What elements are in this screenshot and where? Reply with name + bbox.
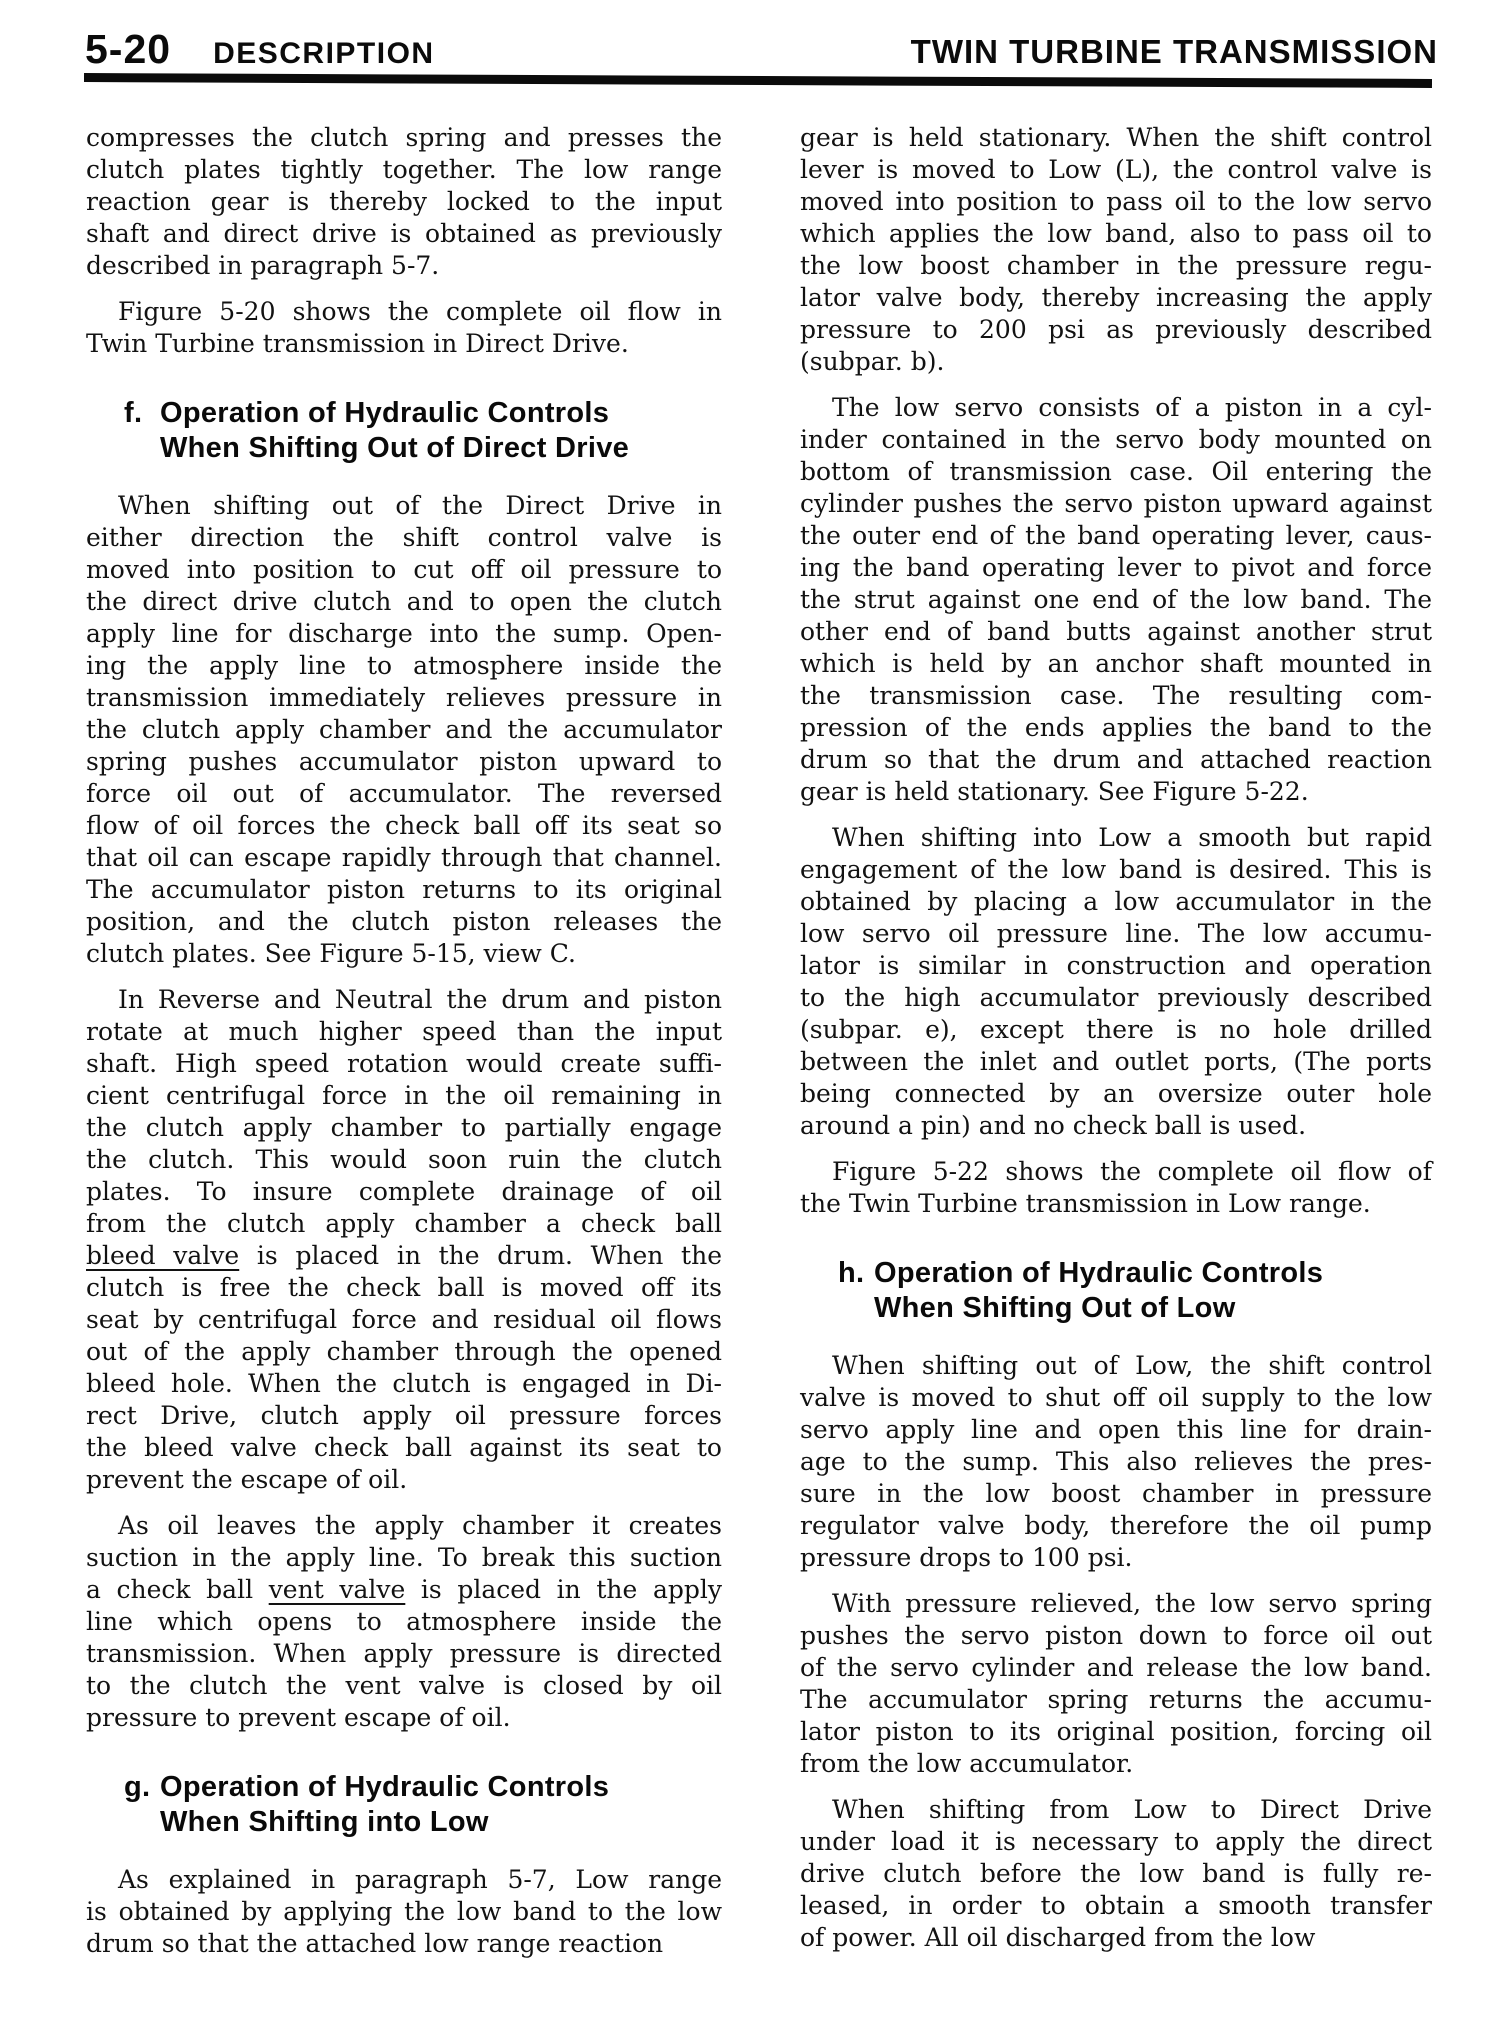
text-line: of power. All oil discharged from the lo… <box>800 1922 1432 1954</box>
text-line: the low boost chamber in the pressure re… <box>800 250 1432 282</box>
text-line: which is held by an anchor shaft mounted… <box>800 648 1432 680</box>
text-line: spring pushes accumulator piston upward … <box>86 746 722 778</box>
text-line: of the servo cylinder and release the lo… <box>800 1652 1432 1684</box>
text-line: clutch plates. See Figure 5-15, view C. <box>86 938 722 970</box>
text-line: shaft. High speed rotation would create … <box>86 1048 722 1080</box>
text-line: (subpar. b). <box>800 346 1432 378</box>
heading-line: Operation of Hydraulic Controls <box>874 1256 1432 1291</box>
column-right: gear is held stationary. When the shift … <box>800 122 1432 1968</box>
text-line: the direct drive clutch and to open the … <box>86 586 722 618</box>
paragraph: As explained in paragraph 5-7, Low range… <box>86 1864 722 1960</box>
text-line: reaction gear is thereby locked to the i… <box>86 186 722 218</box>
text-line: described in paragraph 5-7. <box>86 250 722 282</box>
paragraph: In Reverse and Neutral the drum and pist… <box>86 984 722 1496</box>
text-line: drive clutch before the low band is full… <box>800 1858 1432 1890</box>
text-line: bottom of transmission case. Oil enterin… <box>800 456 1432 488</box>
text-line: the bleed valve check ball against its s… <box>86 1432 722 1464</box>
text-line: When shifting out of Low, the shift cont… <box>800 1350 1432 1382</box>
text-line: In Reverse and Neutral the drum and pist… <box>86 984 722 1016</box>
text-line: ing the apply line to atmosphere inside … <box>86 650 722 682</box>
text-line: the strut against one end of the low ban… <box>800 584 1432 616</box>
text-line: plates. To insure complete drainage of o… <box>86 1176 722 1208</box>
paragraph: compresses the clutch spring and presses… <box>86 122 722 282</box>
text-line: Twin Turbine transmission in Direct Driv… <box>86 328 722 360</box>
text-line: clutch plates tightly together. The low … <box>86 154 722 186</box>
text-line: out of the apply chamber through the ope… <box>86 1336 722 1368</box>
text-line: When shifting into Low a smooth but rapi… <box>800 822 1432 854</box>
text-line: sure in the low boost chamber in pressur… <box>800 1478 1432 1510</box>
text-line: around a pin) and no check ball is used. <box>800 1110 1432 1142</box>
text-line: prevent the escape of oil. <box>86 1464 722 1496</box>
text-line: the Twin Turbine transmission in Low ran… <box>800 1188 1432 1220</box>
running-header-left: 5-20 DESCRIPTION <box>85 26 435 73</box>
heading-label: g. <box>124 1770 150 1805</box>
text-line: rect Drive, clutch apply oil pressure fo… <box>86 1400 722 1432</box>
text-line: lever is moved to Low (L), the control v… <box>800 154 1432 186</box>
text-line: other end of band butts against another … <box>800 616 1432 648</box>
text-line: lator is similar in construction and ope… <box>800 950 1432 982</box>
text-line: cylinder pushes the servo piston upward … <box>800 488 1432 520</box>
text-line: position, and the clutch piston releases… <box>86 906 722 938</box>
paragraph: When shifting out of Low, the shift cont… <box>800 1350 1432 1574</box>
paragraph: As oil leaves the apply chamber it creat… <box>86 1510 722 1734</box>
text-line: the clutch. This would soon ruin the clu… <box>86 1144 722 1176</box>
text-line: leased, in order to obtain a smooth tran… <box>800 1890 1432 1922</box>
heading-line: Operation of Hydraulic Controls <box>160 1770 722 1805</box>
text-line: clutch is free the check ball is moved o… <box>86 1272 722 1304</box>
heading-line: When Shifting Out of Low <box>874 1291 1432 1326</box>
text-line: inder contained in the servo body mounte… <box>800 424 1432 456</box>
text-line: pushes the servo piston down to force oi… <box>800 1620 1432 1652</box>
paragraph: With pressure relieved, the low servo sp… <box>800 1588 1432 1780</box>
text-line: lator piston to its original position, f… <box>800 1716 1432 1748</box>
text-line: When shifting from Low to Direct Drive <box>800 1794 1432 1826</box>
paragraph: Figure 5-22 shows the complete oil flow … <box>800 1156 1432 1220</box>
paragraph: gear is held stationary. When the shift … <box>800 122 1432 378</box>
paragraph: When shifting into Low a smooth but rapi… <box>800 822 1432 1142</box>
text-line: to the clutch the vent valve is closed b… <box>86 1670 722 1702</box>
text-line: pressure drops to 100 psi. <box>800 1542 1432 1574</box>
text-line: As explained in paragraph 5-7, Low range <box>86 1864 722 1896</box>
text-line: suction in the apply line. To break this… <box>86 1542 722 1574</box>
text-line: seat by centrifugal force and residual o… <box>86 1304 722 1336</box>
text-line: line which opens to atmosphere inside th… <box>86 1606 722 1638</box>
paragraph: The low servo consists of a piston in a … <box>800 392 1432 808</box>
text-line: When shifting out of the Direct Drive in <box>86 490 722 522</box>
text-line: under load it is necessary to apply the … <box>800 1826 1432 1858</box>
text-line: gear is held stationary. When the shift … <box>800 122 1432 154</box>
text-line: pressure to 200 psi as previously descri… <box>800 314 1432 346</box>
text-line: that oil can escape rapidly through that… <box>86 842 722 874</box>
column-left: compresses the clutch spring and presses… <box>86 122 722 1974</box>
text-line: which applies the low band, also to pass… <box>800 218 1432 250</box>
text-line: lator valve body, thereby increasing the… <box>800 282 1432 314</box>
text-line: flow of oil forces the check ball off it… <box>86 810 722 842</box>
section-heading: h.Operation of Hydraulic ControlsWhen Sh… <box>800 1256 1432 1326</box>
text-line: engagement of the low band is desired. T… <box>800 854 1432 886</box>
header-rule <box>84 73 1432 88</box>
heading-line: Operation of Hydraulic Controls <box>160 396 722 431</box>
page-number: 5-20 <box>85 26 171 73</box>
chapter-title: TWIN TURBINE TRANSMISSION <box>911 33 1438 71</box>
text-line: the outer end of the band operating leve… <box>800 520 1432 552</box>
heading-line: When Shifting Out of Direct Drive <box>160 431 722 466</box>
text-line: cient centrifugal force in the oil remai… <box>86 1080 722 1112</box>
text-line: The low servo consists of a piston in a … <box>800 392 1432 424</box>
text-line: apply line for discharge into the sump. … <box>86 618 722 650</box>
running-header: 5-20 DESCRIPTION TWIN TURBINE TRANSMISSI… <box>85 26 1438 73</box>
text-line: shaft and direct drive is obtained as pr… <box>86 218 722 250</box>
text-line: age to the sump. This also relieves the … <box>800 1446 1432 1478</box>
paragraph: When shifting from Low to Direct Driveun… <box>800 1794 1432 1954</box>
text-line: (subpar. e), except there is no hole dri… <box>800 1014 1432 1046</box>
heading-label: h. <box>838 1256 864 1291</box>
text-line: Figure 5-22 shows the complete oil flow … <box>800 1156 1432 1188</box>
text-line: is obtained by applying the low band to … <box>86 1896 722 1928</box>
text-line: the clutch apply chamber to partially en… <box>86 1112 722 1144</box>
text-line: bleed hole. When the clutch is engaged i… <box>86 1368 722 1400</box>
text-line: low servo oil pressure line. The low acc… <box>800 918 1432 950</box>
text-line: rotate at much higher speed than the inp… <box>86 1016 722 1048</box>
section-heading: f.Operation of Hydraulic ControlsWhen Sh… <box>86 396 722 466</box>
text-line: from the clutch apply chamber a check ba… <box>86 1208 722 1240</box>
text-line: force oil out of accumulator. The revers… <box>86 778 722 810</box>
text-line: gear is held stationary. See Figure 5-22… <box>800 776 1432 808</box>
section-heading: g.Operation of Hydraulic ControlsWhen Sh… <box>86 1770 722 1840</box>
text-line: transmission immediately relieves pressu… <box>86 682 722 714</box>
text-line: being connected by an oversize outer hol… <box>800 1078 1432 1110</box>
text-line: The accumulator spring returns the accum… <box>800 1684 1432 1716</box>
section-title: DESCRIPTION <box>213 37 435 71</box>
text-line: from the low accumulator. <box>800 1748 1432 1780</box>
text-line: to the high accumulator previously descr… <box>800 982 1432 1014</box>
text-line: pressure to prevent escape of oil. <box>86 1702 722 1734</box>
text-line: pression of the ends applies the band to… <box>800 712 1432 744</box>
heading-label: f. <box>124 396 142 431</box>
text-line: obtained by placing a low accumulator in… <box>800 886 1432 918</box>
text-line: servo apply line and open this line for … <box>800 1414 1432 1446</box>
text-line: drum so that the attached low range reac… <box>86 1928 722 1960</box>
text-line: either direction the shift control valve… <box>86 522 722 554</box>
text-line: the transmission case. The resulting com… <box>800 680 1432 712</box>
text-line: ing the band operating lever to pivot an… <box>800 552 1432 584</box>
heading-line: When Shifting into Low <box>160 1805 722 1840</box>
text-line: bleed valve is placed in the drum. When … <box>86 1240 722 1272</box>
text-line: transmission. When apply pressure is dir… <box>86 1638 722 1670</box>
manual-page: 5-20 DESCRIPTION TWIN TURBINE TRANSMISSI… <box>0 0 1508 2039</box>
text-line: The accumulator piston returns to its or… <box>86 874 722 906</box>
paragraph: When shifting out of the Direct Drive in… <box>86 490 722 970</box>
text-line: moved into position to pass oil to the l… <box>800 186 1432 218</box>
text-line: As oil leaves the apply chamber it creat… <box>86 1510 722 1542</box>
text-line: regulator valve body, therefore the oil … <box>800 1510 1432 1542</box>
paragraph: Figure 5-20 shows the complete oil flow … <box>86 296 722 360</box>
text-line: With pressure relieved, the low servo sp… <box>800 1588 1432 1620</box>
text-line: moved into position to cut off oil press… <box>86 554 722 586</box>
text-line: Figure 5-20 shows the complete oil flow … <box>86 296 722 328</box>
text-line: the clutch apply chamber and the accumul… <box>86 714 722 746</box>
text-line: valve is moved to shut off oil supply to… <box>800 1382 1432 1414</box>
text-line: a check ball vent valve is placed in the… <box>86 1574 722 1606</box>
text-line: between the inlet and outlet ports, (The… <box>800 1046 1432 1078</box>
text-line: drum so that the drum and attached react… <box>800 744 1432 776</box>
text-line: compresses the clutch spring and presses… <box>86 122 722 154</box>
